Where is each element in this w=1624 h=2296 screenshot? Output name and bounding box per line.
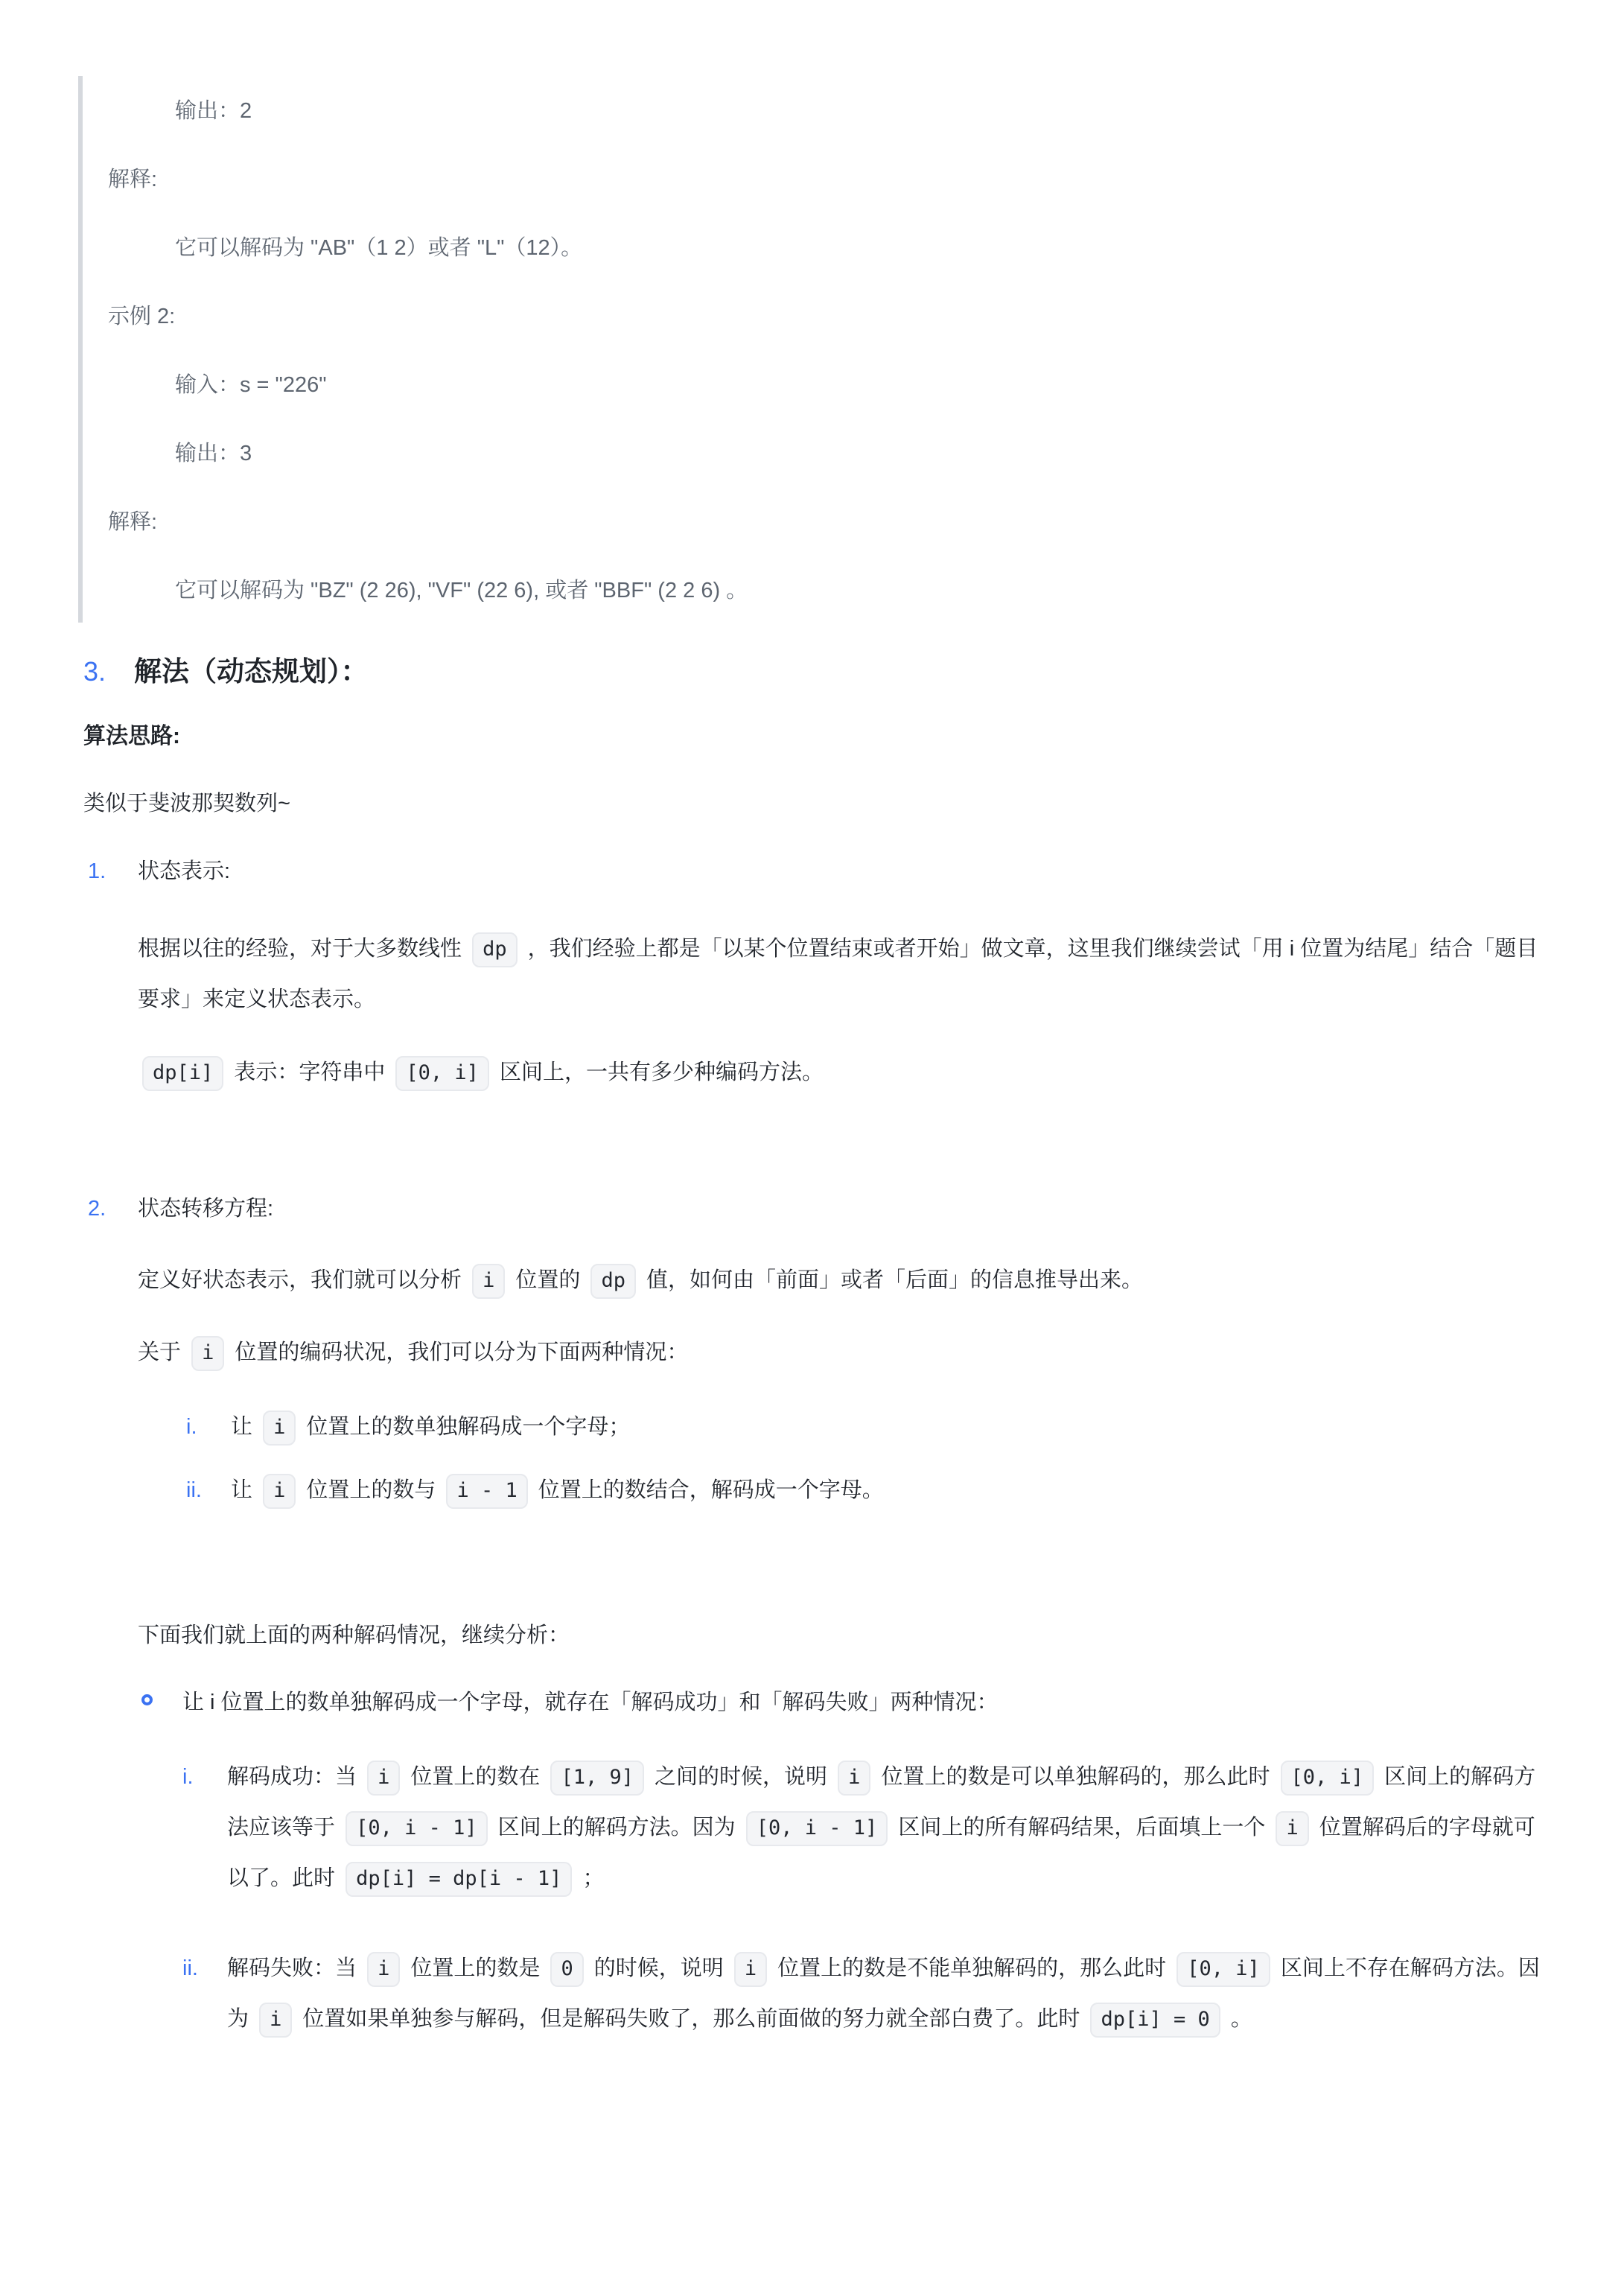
inline-code: i [263,1411,296,1446]
step-item-1: 1. 状态表示: 根据以往的经验，对于大多数线性 dp ，我们经验上都是「以某个… [88,854,1624,1098]
quote-line: 它可以解码为 "BZ" (2 26), "VF" (22 6), 或者 "BBF… [175,573,1624,608]
step-content: 状态转移方程: 定义好状态表示，我们就可以分析 i 位置的 dp 值，如何由「前… [138,1192,1550,2044]
roman-marker: ii. [182,1943,227,2044]
inline-code: i [734,1952,767,1987]
step-number: 2. [88,1192,138,2044]
quote-line: 解释: [108,505,1624,539]
inline-code: i [1276,1811,1308,1846]
quote-line: 解释: [108,162,1624,197]
inline-code: i [367,1952,400,1987]
inline-code: [0, i] [1281,1761,1375,1796]
roman-marker: i. [182,1752,227,1904]
quote-line: 输入：s = "226" [175,368,1624,402]
inline-code: dp [590,1264,636,1299]
inline-code: i [259,2003,292,2038]
inline-code: dp[i] [142,1056,223,1091]
roman-marker: ii. [186,1465,231,1516]
roman-text: 让 i 位置上的数单独解码成一个字母； [231,1402,1550,1452]
section-number: 3. [83,651,134,693]
roman-item: ii. 让 i 位置上的数与 i - 1 位置上的数结合，解码成一个字母。 [186,1465,1550,1516]
circle-bullet-icon [141,1694,153,1705]
roman-item: i. 让 i 位置上的数单独解码成一个字母； [186,1402,1550,1452]
inline-code: i [191,1336,224,1371]
section-title: 解法（动态规划）： [134,651,369,693]
roman-text: 解码失败：当 i 位置上的数是 0 的时候，说明 i 位置上的数是不能单独解码的… [227,1943,1550,2044]
inline-code: [1, 9] [550,1761,644,1796]
quote-line: 示例 2: [108,299,1624,334]
inline-code: i [263,1474,296,1509]
inline-code: dp [472,932,518,967]
bullet-text: 让 i 位置上的数单独解码成一个字母，就存在「解码成功」和「解码失败」两种情况： [182,1677,1550,1728]
step-paragraph: 根据以往的经验，对于大多数线性 dp ，我们经验上都是「以某个位置结束或者开始」… [138,923,1550,1025]
roman-marker: i. [186,1402,231,1452]
inline-code: i [472,1264,505,1299]
roman-text: 解码成功：当 i 位置上的数在 [1, 9] 之间的时候，说明 i 位置上的数是… [227,1752,1550,1904]
step-title: 状态转移方程: [138,1192,1550,1226]
inline-code: [0, i - 1] [346,1811,488,1846]
quote-line: 输出：2 [175,94,1624,128]
step-paragraph: 关于 i 位置的编码状况，我们可以分为下面两种情况： [138,1327,1550,1378]
inline-code: [0, i] [1176,1952,1270,1987]
step-paragraph: dp[i] 表示：字符串中 [0, i] 区间上，一共有多少种编码方法。 [138,1047,1550,1098]
step-title: 状态表示: [138,854,1550,888]
inline-code: i [367,1761,400,1796]
step-content: 状态表示: 根据以往的经验，对于大多数线性 dp ，我们经验上都是「以某个位置结… [138,854,1550,1098]
step-number: 1. [88,854,138,1098]
inline-code: i [838,1761,870,1796]
note-text: 类似于斐波那契数列~ [83,786,1624,821]
inline-code: dp[i] = 0 [1090,2003,1220,2038]
algorithm-label: 算法思路: [83,719,1624,754]
step-paragraph: 定义好状态表示，我们就可以分析 i 位置的 dp 值，如何由「前面」或者「后面」… [138,1255,1550,1306]
inline-code: [0, i - 1] [746,1811,888,1846]
step-paragraph: 下面我们就上面的两种解码情况，继续分析： [138,1610,1550,1661]
inline-code: i - 1 [446,1474,527,1509]
document-page: 输出：2 解释: 它可以解码为 "AB"（1 2）或者 "L"（12）。 示例 … [0,0,1624,2296]
quote-line: 它可以解码为 "AB"（1 2）或者 "L"（12）。 [175,231,1624,265]
roman-item: ii. 解码失败：当 i 位置上的数是 0 的时候，说明 i 位置上的数是不能单… [182,1943,1550,2044]
inline-code: [0, i] [395,1056,489,1091]
bullet-content: 让 i 位置上的数单独解码成一个字母，就存在「解码成功」和「解码失败」两种情况：… [182,1677,1550,2044]
roman-text: 让 i 位置上的数与 i - 1 位置上的数结合，解码成一个字母。 [231,1465,1550,1516]
roman-item: i. 解码成功：当 i 位置上的数在 [1, 9] 之间的时候，说明 i 位置上… [182,1752,1550,1904]
bullet-marker [141,1677,182,2044]
circle-bullet-item: 让 i 位置上的数单独解码成一个字母，就存在「解码成功」和「解码失败」两种情况：… [141,1677,1550,2044]
example-blockquote: 输出：2 解释: 它可以解码为 "AB"（1 2）或者 "L"（12）。 示例 … [78,76,1624,623]
quote-line: 输出：3 [175,436,1624,471]
inline-code: 0 [550,1952,583,1987]
inline-code: dp[i] = dp[i - 1] [346,1862,572,1897]
section-heading: 3. 解法（动态规划）： [83,651,1624,693]
step-item-2: 2. 状态转移方程: 定义好状态表示，我们就可以分析 i 位置的 dp 值，如何… [88,1192,1624,2044]
